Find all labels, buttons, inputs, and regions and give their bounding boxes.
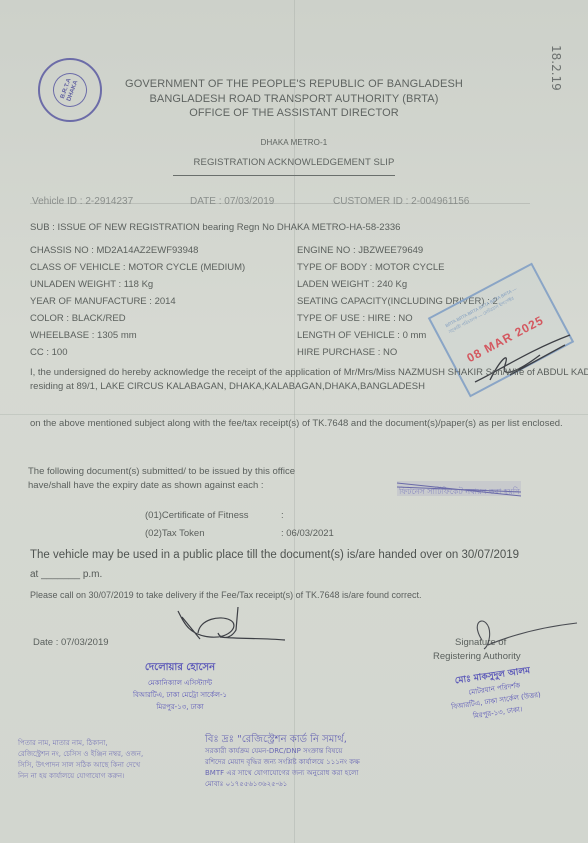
- subject-line: SUB : ISSUE OF NEW REGISTRATION bearing …: [30, 222, 400, 233]
- signature-scribble-icon: [470, 330, 580, 390]
- authority-signature-icon: [462, 615, 582, 655]
- document-item-tax-token-expiry: : 06/03/2021: [281, 528, 334, 539]
- struck-out-stamp-icon: ফিটনেস সার্টিফিকেট নবায়ন করা হয়নি: [395, 478, 525, 500]
- seal-center-text: B.R.T.A DHAKA: [48, 68, 92, 112]
- note-left-line: সিসি, উৎপাদন সাল সঠিক আছে কিনা দেখে: [18, 760, 143, 771]
- vehicle-detail-field: WHEELBASE : 1305 mm: [30, 330, 137, 341]
- usage-notice: The vehicle may be used in a public plac…: [30, 549, 519, 561]
- slip-date: DATE : 07/03/2019: [190, 196, 274, 207]
- id-row-rule: [30, 203, 530, 204]
- vehicle-detail-field: LADEN WEIGHT : 240 Kg: [297, 279, 407, 290]
- customer-id: CUSTOMER ID : 2-004961156: [333, 196, 469, 207]
- officer-signature-icon: [170, 605, 290, 645]
- note-right-heading: বিঃ দ্রঃ "রেজিস্ট্রেশন কার্ড নি সমার্থ,: [205, 733, 360, 746]
- header-line-brta: BANGLADESH ROAD TRANSPORT AUTHORITY (BRT…: [0, 93, 588, 105]
- note-right-line: BMTF এর সাথে যোগাযোগের জন্য অনুরোধ করা হ…: [205, 768, 360, 779]
- document-item-fitness-expiry: :: [281, 510, 284, 521]
- fold-line-horizontal: [0, 414, 588, 415]
- vehicle-detail-field: CLASS OF VEHICLE : MOTOR CYCLE (MEDIUM): [30, 262, 245, 273]
- vehicle-detail-field: HIRE PURCHASE : NO: [297, 347, 397, 358]
- footer-note-right: বিঃ দ্রঃ "রেজিস্ট্রেশন কার্ড নি সমার্থ, …: [205, 733, 360, 790]
- footer-date: Date : 07/03/2019: [33, 637, 109, 648]
- stamp-left-designation: মেকানিক্যাল এসিস্ট্যান্ট: [125, 677, 235, 689]
- delivery-notice: Please call on 30/07/2019 to take delive…: [30, 590, 422, 600]
- mechanical-assistant-stamp: দেলোয়ার হোসেন মেকানিক্যাল এসিস্ট্যান্ট …: [125, 660, 235, 713]
- vehicle-detail-field: CHASSIS NO : MD2A14AZ2EWF93948: [30, 245, 198, 256]
- vehicle-detail-field: ENGINE NO : JBZWEE79649: [297, 245, 423, 256]
- usage-pm-label: p.m.: [83, 569, 102, 580]
- document-item-tax-token: (02)Tax Token: [145, 528, 205, 539]
- stamp-left-location: মিরপুর-১৩, ঢাকা: [125, 701, 235, 713]
- documents-intro-1: The following document(s) submitted/ to …: [28, 466, 295, 477]
- vehicle-detail-field: UNLADEN WEIGHT : 118 Kg: [30, 279, 153, 290]
- slip-title: REGISTRATION ACKNOWLEDGEMENT SLIP: [0, 157, 588, 168]
- note-right-line: সরকারী কার্যক্রম যেমন-DRC/DNP সংক্রান্ত …: [205, 746, 360, 757]
- stamp-left-office: বিআরটিএ, ঢাকা মেট্রো সার্কেল-১: [125, 689, 235, 701]
- vehicle-detail-field: TYPE OF BODY : MOTOR CYCLE: [297, 262, 444, 273]
- vehicle-id: Vehicle ID : 2-2914237: [32, 196, 133, 207]
- footer-note-left: পিতার নাম, মাতার নাম, ঠিকানা, রেজিস্ট্রে…: [18, 738, 143, 782]
- header-line-government: GOVERNMENT OF THE PEOPLE'S REPUBLIC OF B…: [0, 78, 588, 90]
- usage-at-label: at: [30, 569, 38, 580]
- acknowledgement-address: residing at 89/1, LAKE CIRCUS KALABAGAN,…: [30, 381, 425, 392]
- note-left-line: পিতার নাম, মাতার নাম, ঠিকানা,: [18, 738, 143, 749]
- acknowledgement-line-1: I, the undersigned do hereby acknowledge…: [30, 367, 588, 378]
- office-name: DHAKA METRO-1: [0, 138, 588, 147]
- vehicle-detail-field: LENGTH OF VEHICLE : 0 mm: [297, 330, 426, 341]
- note-right-line: রশিদের মেয়াদ বৃদ্ধির জন্য সংশ্লিষ্ট কার…: [205, 757, 360, 768]
- usage-time-blank: _______: [41, 569, 80, 580]
- note-left-line: নিন না হয় কার্যালয়ে যোগাযোগ করুন।: [18, 771, 143, 782]
- vehicle-detail-field: TYPE OF USE : HIRE : NO: [297, 313, 413, 324]
- document-item-fitness: (01)Certificate of Fitness: [145, 510, 248, 521]
- header-line-office: OFFICE OF THE ASSISTANT DIRECTOR: [0, 107, 588, 119]
- documents-intro-2: have/shall have the expiry date as shown…: [28, 480, 264, 491]
- note-right-line: মোবাঃ ০১৭৫৫৬১৩৬২৫-৬১: [205, 779, 360, 790]
- title-underline: [173, 175, 395, 176]
- vehicle-detail-field: YEAR OF MANUFACTURE : 2014: [30, 296, 176, 307]
- acknowledgement-line-3: on the above mentioned subject along wit…: [30, 418, 563, 429]
- stamp-left-name: দেলোয়ার হোসেন: [125, 660, 235, 677]
- note-left-line: রেজিস্ট্রেশন নং, চেসিস ও ইঞ্জিন নম্বর, ও…: [18, 749, 143, 760]
- vehicle-detail-field: CC : 100: [30, 347, 68, 358]
- vehicle-detail-field: COLOR : BLACK/RED: [30, 313, 126, 324]
